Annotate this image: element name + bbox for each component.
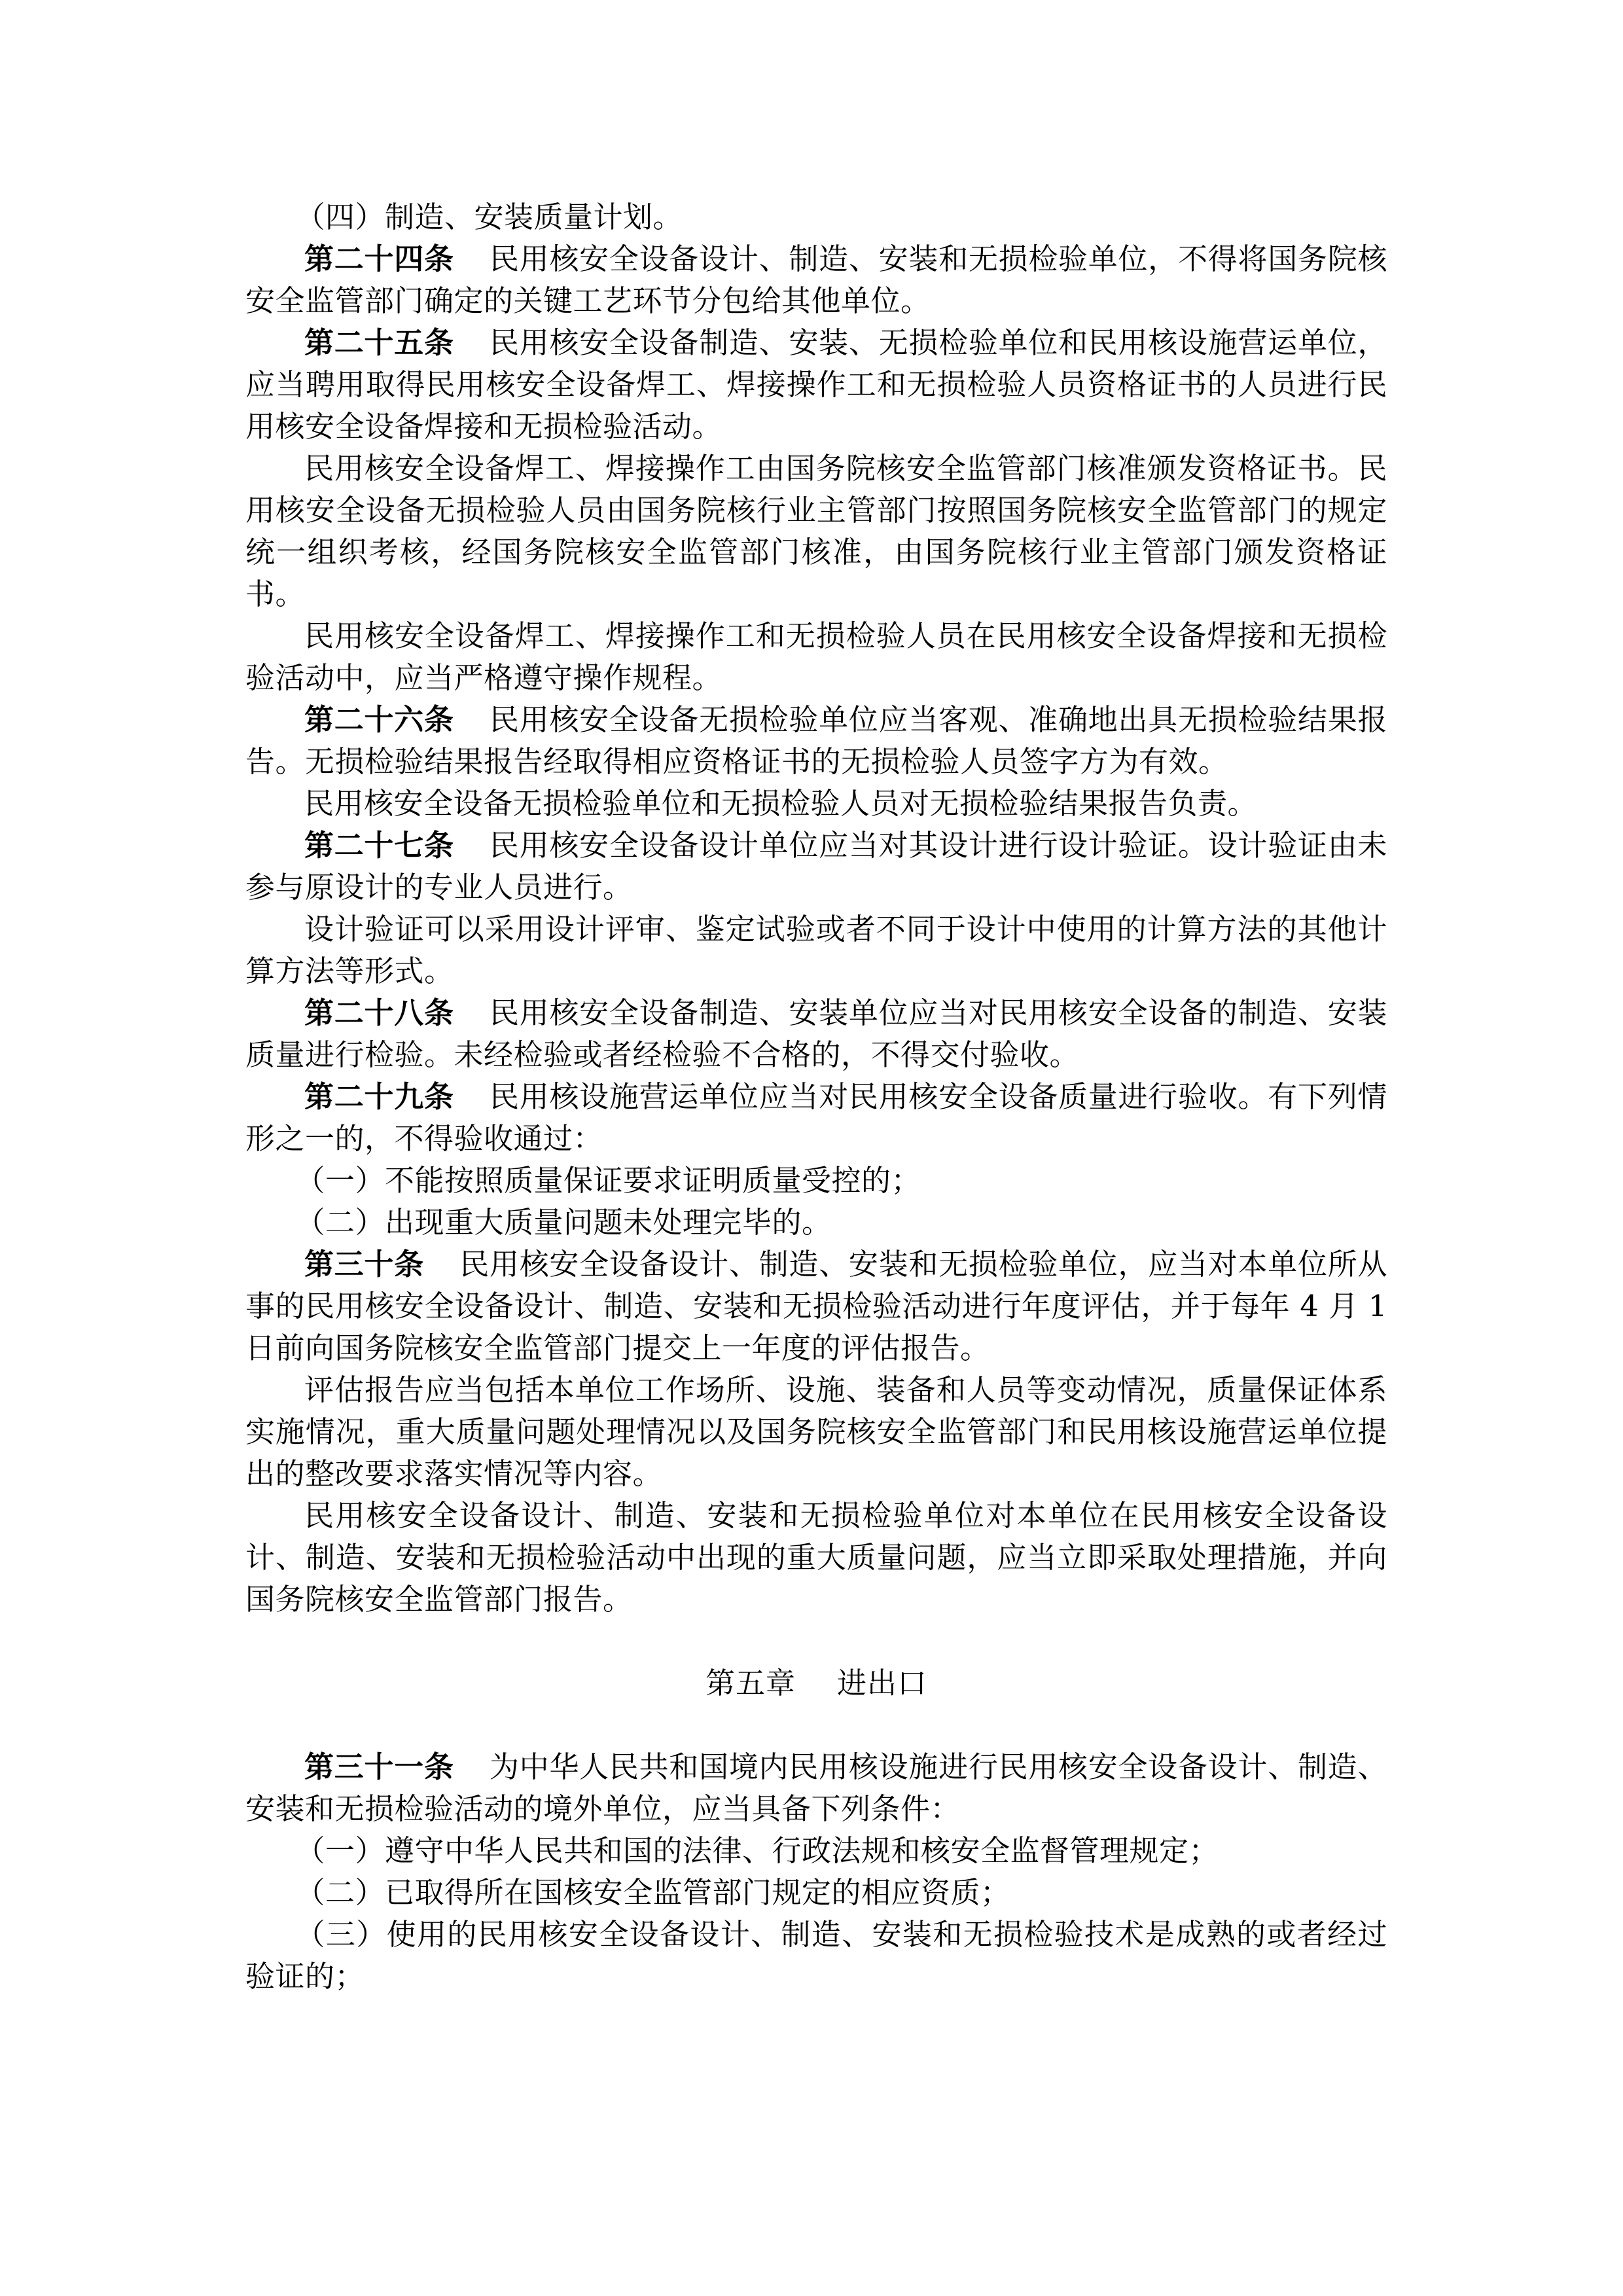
article-29: 第二十九条民用核设施营运单位应当对民用核安全设备质量进行验收。有下列情形之一的，…	[245, 1076, 1387, 1160]
chapter-number: 第五章	[705, 1666, 796, 1700]
list-item: （二）已取得所在国核安全监管部门规定的相应资质；	[245, 1872, 1387, 1914]
paragraph: 设计验证可以采用设计评审、鉴定试验或者不同于设计中使用的计算方法的其他计算方法等…	[245, 908, 1387, 992]
article-label: 第二十四条	[304, 242, 454, 276]
article-25: 第二十五条民用核安全设备制造、安装、无损检验单位和民用核设施营运单位，应当聘用取…	[245, 322, 1387, 448]
paragraph: 民用核安全设备无损检验单位和无损检验人员对无损检验结果报告负责。	[245, 783, 1387, 825]
list-item: （一）遵守中华人民共和国的法律、行政法规和核安全监督管理规定；	[245, 1830, 1387, 1872]
paragraph: 民用核安全设备焊工、焊接操作工由国务院核安全监管部门核准颁发资格证书。民用核安全…	[245, 448, 1387, 615]
article-30: 第三十条民用核安全设备设计、制造、安装和无损检验单位，应当对本单位所从事的民用核…	[245, 1244, 1387, 1369]
chapter-title: 进出口	[837, 1666, 927, 1700]
paragraph: 民用核安全设备设计、制造、安装和无损检验单位对本单位在民用核安全设备设计、制造、…	[245, 1495, 1387, 1621]
list-item: （四）制造、安装质量计划。	[245, 196, 1387, 238]
list-item: （二）出现重大质量问题未处理完毕的。	[245, 1202, 1387, 1244]
article-26: 第二十六条民用核安全设备无损检验单位应当客观、准确地出具无损检验结果报告。无损检…	[245, 699, 1387, 783]
article-31: 第三十一条为中华人民共和国境内民用核设施进行民用核安全设备设计、制造、安装和无损…	[245, 1746, 1387, 1830]
article-label: 第二十九条	[304, 1079, 454, 1114]
article-label: 第二十七条	[304, 828, 454, 863]
list-item: （三）使用的民用核安全设备设计、制造、安装和无损检验技术是成熟的或者经过验证的；	[245, 1914, 1387, 1998]
article-label: 第二十五条	[304, 325, 454, 360]
article-label: 第二十八条	[304, 996, 454, 1030]
article-label: 第三十一条	[304, 1749, 454, 1784]
article-27: 第二十七条民用核安全设备设计单位应当对其设计进行设计验证。设计验证由未参与原设计…	[245, 825, 1387, 908]
article-28: 第二十八条民用核安全设备制造、安装单位应当对民用核安全设备的制造、安装质量进行检…	[245, 992, 1387, 1076]
paragraph: 民用核安全设备焊工、焊接操作工和无损检验人员在民用核安全设备焊接和无损检验活动中…	[245, 615, 1387, 699]
article-24: 第二十四条民用核安全设备设计、制造、安装和无损检验单位，不得将国务院核安全监管部…	[245, 238, 1387, 322]
paragraph: 评估报告应当包括本单位工作场所、设施、装备和人员等变动情况，质量保证体系实施情况…	[245, 1369, 1387, 1495]
article-label: 第三十条	[304, 1247, 424, 1282]
chapter-heading: 第五章进出口	[245, 1662, 1387, 1704]
article-label: 第二十六条	[304, 702, 454, 737]
list-item: （一）不能按照质量保证要求证明质量受控的；	[245, 1160, 1387, 1202]
document-page: （四）制造、安装质量计划。 第二十四条民用核安全设备设计、制造、安装和无损检验单…	[245, 196, 1387, 1998]
